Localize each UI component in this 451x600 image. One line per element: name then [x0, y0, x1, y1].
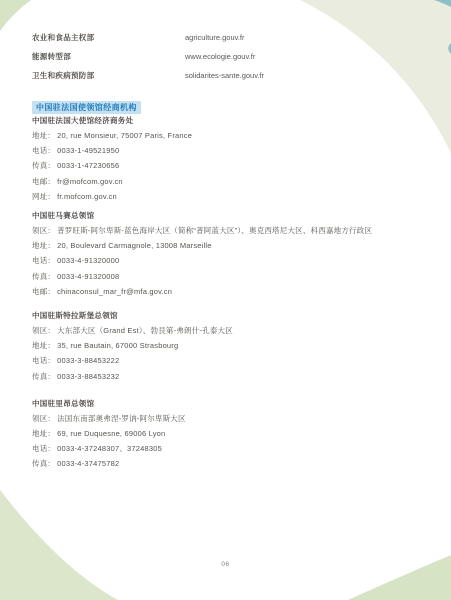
field-label: 领区：: [32, 414, 55, 423]
ministry-row: 卫生和疾病预防部 solidarites-sante.gouv.fr: [32, 66, 433, 85]
office-title: 中国驻马赛总领馆: [32, 208, 433, 223]
field-label: 电话：: [32, 256, 55, 265]
office-title: 中国驻斯特拉斯堡总领馆: [32, 308, 433, 323]
field-value: 大东部大区（Grand Est）、勃艮第-弗朗什-孔泰大区: [57, 326, 233, 335]
office-field-row: 地址：69, rue Duquesne, 69006 Lyon: [32, 426, 433, 441]
section-header-wrap: 中国驻法国使领馆经商机构: [32, 97, 433, 110]
field-label: 电话：: [32, 444, 55, 453]
field-value: 0033-4-37248307、37248305: [57, 444, 162, 453]
field-value: 0033-1-49521950: [57, 146, 119, 155]
office-field-row: 电话：0033-4-91320000: [32, 253, 433, 268]
office-field-row: 电话：0033-3-88453222: [32, 353, 433, 368]
office-list: 中国驻法国大使馆经济商务处 地址：20, rue Monsieur, 75007…: [32, 113, 433, 472]
field-value: 普罗旺斯-阿尔卑斯-蓝色海岸大区（简称“普阿蓝大区”）、奥克西塔尼大区、科西嘉地…: [57, 226, 372, 235]
field-label: 电话：: [32, 356, 55, 365]
field-label: 传真：: [32, 459, 55, 468]
office-field-row: 传真：0033-4-91320008: [32, 269, 433, 284]
field-value: 69, rue Duquesne, 69006 Lyon: [57, 429, 165, 438]
office-field-row: 地址：20, rue Monsieur, 75007 Paris, France: [32, 128, 433, 143]
office-field-row: 电话：0033-1-49521950: [32, 143, 433, 158]
field-label: 网址：: [32, 192, 55, 201]
field-value: 0033-4-91320000: [57, 256, 119, 265]
field-value: fr.mofcom.gov.cn: [57, 192, 117, 201]
ministry-list: 农业和食品主权部 agriculture.gouv.fr 能源转型部 www.e…: [32, 28, 433, 85]
office-fields: 地址：20, rue Monsieur, 75007 Paris, France…: [32, 128, 433, 204]
ministry-url: www.ecologie.gouv.fr: [185, 52, 255, 61]
top-left-wedge: [0, 0, 31, 31]
office-title: 中国驻里昂总领馆: [32, 396, 433, 411]
ministry-row: 能源转型部 www.ecologie.gouv.fr: [32, 47, 433, 66]
office-field-row: 传真：0033-1-47230656: [32, 158, 433, 173]
field-value: 20, rue Monsieur, 75007 Paris, France: [57, 131, 192, 140]
field-value: 35, rue Bautain, 67000 Strasbourg: [57, 341, 178, 350]
field-label: 传真：: [32, 372, 55, 381]
field-label: 地址：: [32, 131, 55, 140]
field-label: 电话：: [32, 146, 55, 155]
office-field-row: 传真：0033-3-88453232: [32, 369, 433, 384]
field-label: 电邮：: [32, 287, 55, 296]
field-value: fr@mofcom.gov.cn: [57, 177, 123, 186]
field-value: 0033-3-88453232: [57, 372, 119, 381]
field-label: 地址：: [32, 341, 55, 350]
bottom-left-swoosh: [0, 490, 118, 600]
top-right-teal-sliver: [434, 0, 451, 7]
office-fields: 领区：大东部大区（Grand Est）、勃艮第-弗朗什-孔泰大区 地址：35, …: [32, 323, 433, 384]
field-value: 20, Boulevard Carmagnole, 13008 Marseill…: [57, 241, 212, 250]
ministry-row: 农业和食品主权部 agriculture.gouv.fr: [32, 28, 433, 47]
field-value: 法国东南部奥弗涅-罗讷-阿尔卑斯大区: [57, 414, 186, 423]
office-field-row: 电邮：fr@mofcom.gov.cn: [32, 174, 433, 189]
field-label: 传真：: [32, 272, 55, 281]
field-value: 0033-1-47230656: [57, 161, 119, 170]
ministry-url: agriculture.gouv.fr: [185, 33, 244, 42]
ministry-url: solidarites-sante.gouv.fr: [185, 71, 264, 80]
field-label: 地址：: [32, 241, 55, 250]
office-section: 中国驻法国大使馆经济商务处 地址：20, rue Monsieur, 75007…: [32, 113, 433, 204]
field-label: 电邮：: [32, 177, 55, 186]
office-field-row: 电话：0033-4-37248307、37248305: [32, 441, 433, 456]
office-fields: 领区：普罗旺斯-阿尔卑斯-蓝色海岸大区（简称“普阿蓝大区”）、奥克西塔尼大区、科…: [32, 223, 433, 299]
document-page: 农业和食品主权部 agriculture.gouv.fr 能源转型部 www.e…: [0, 0, 451, 600]
office-fields: 领区：法国东南部奥弗涅-罗讷-阿尔卑斯大区 地址：69, rue Duquesn…: [32, 411, 433, 472]
office-field-row: 领区：普罗旺斯-阿尔卑斯-蓝色海岸大区（简称“普阿蓝大区”）、奥克西塔尼大区、科…: [32, 223, 433, 238]
office-field-row: 领区：法国东南部奥弗涅-罗讷-阿尔卑斯大区: [32, 411, 433, 426]
office-section: 中国驻里昂总领馆 领区：法国东南部奥弗涅-罗讷-阿尔卑斯大区 地址：69, ru…: [32, 396, 433, 472]
office-title: 中国驻法国大使馆经济商务处: [32, 113, 433, 128]
field-label: 领区：: [32, 326, 55, 335]
field-label: 地址：: [32, 429, 55, 438]
field-value: chinaconsul_mar_fr@mfa.gov.cn: [57, 287, 172, 296]
ministry-name: 能源转型部: [32, 51, 185, 62]
office-field-row: 网址：fr.mofcom.gov.cn: [32, 189, 433, 204]
office-field-row: 电邮：chinaconsul_mar_fr@mfa.gov.cn: [32, 284, 433, 299]
field-value: 0033-4-91320008: [57, 272, 119, 281]
office-field-row: 领区：大东部大区（Grand Est）、勃艮第-弗朗什-孔泰大区: [32, 323, 433, 338]
ministry-name: 卫生和疾病预防部: [32, 70, 185, 81]
field-value: 0033-4-37475782: [57, 459, 119, 468]
office-field-row: 地址：20, Boulevard Carmagnole, 13008 Marse…: [32, 238, 433, 253]
office-section: 中国驻斯特拉斯堡总领馆 领区：大东部大区（Grand Est）、勃艮第-弗朗什-…: [32, 308, 433, 384]
field-label: 传真：: [32, 161, 55, 170]
page-number: 06: [0, 561, 451, 568]
field-label: 领区：: [32, 226, 55, 235]
page-content: 农业和食品主权部 agriculture.gouv.fr 能源转型部 www.e…: [32, 28, 433, 472]
office-field-row: 传真：0033-4-37475782: [32, 456, 433, 471]
office-section: 中国驻马赛总领馆 领区：普罗旺斯-阿尔卑斯-蓝色海岸大区（简称“普阿蓝大区”）、…: [32, 208, 433, 299]
ministry-name: 农业和食品主权部: [32, 32, 185, 43]
office-field-row: 地址：35, rue Bautain, 67000 Strasbourg: [32, 338, 433, 353]
field-value: 0033-3-88453222: [57, 356, 119, 365]
